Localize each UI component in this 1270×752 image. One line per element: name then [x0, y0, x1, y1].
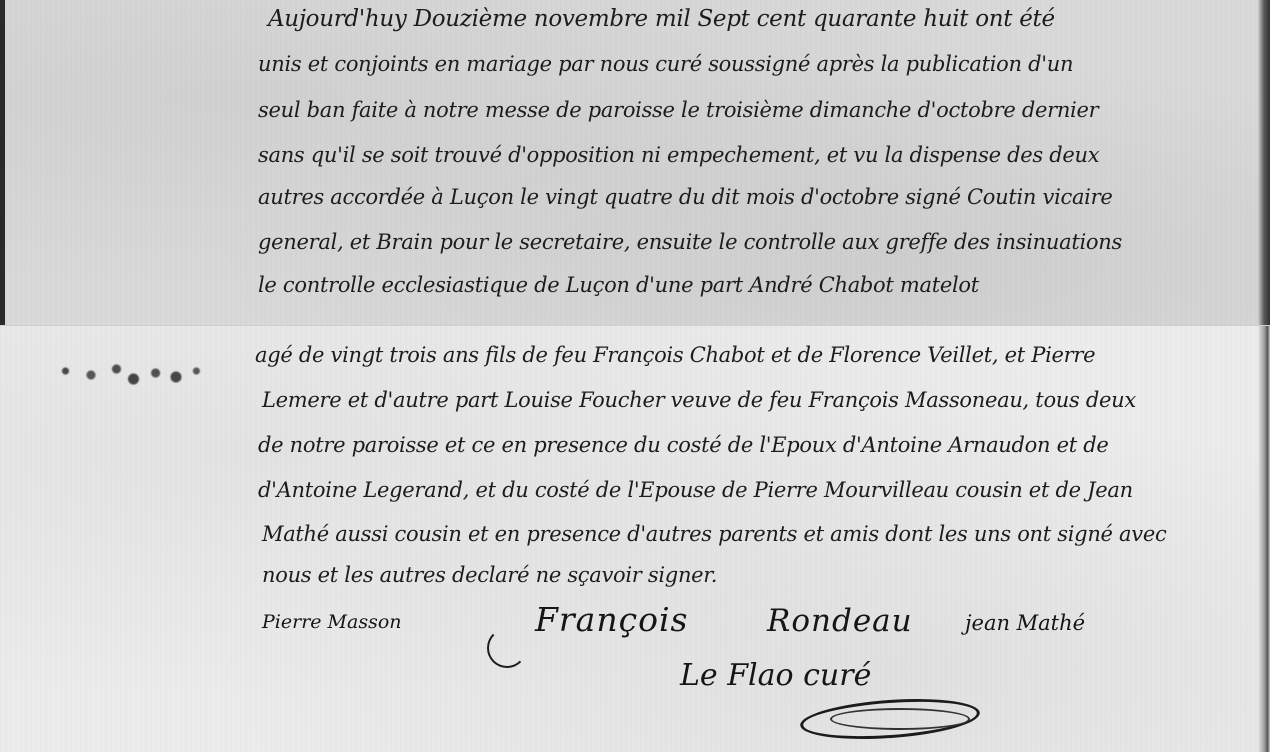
handwritten-line: unis et conjoints en mariage par nous cu… — [258, 52, 1073, 76]
page-edge-shadow — [1258, 0, 1270, 326]
handwritten-line: nous et les autres declaré ne sçavoir si… — [262, 563, 717, 587]
ink-blot-smudge — [40, 355, 210, 395]
handwritten-line: autres accordée à Luçon le vingt quatre … — [258, 185, 1112, 209]
signature-rondeau: Rondeau — [767, 603, 913, 639]
handwritten-line: seul ban faite à notre messe de paroisse… — [258, 98, 1098, 122]
signature-pierre-masson: Pierre Masson — [262, 611, 402, 633]
handwritten-line: Lemere et d'autre part Louise Foucher ve… — [262, 388, 1136, 412]
register-page-top-scan: Aujourd'huy Douzième novembre mil Sept c… — [0, 0, 1270, 326]
signature-flourish — [487, 628, 527, 668]
signature-francois: François — [535, 600, 688, 639]
handwritten-line: general, et Brain pour le secretaire, en… — [258, 230, 1122, 254]
signature-cure: Le Flao curé — [680, 658, 871, 693]
handwritten-line: le controlle ecclesiastique de Luçon d'u… — [258, 273, 979, 297]
handwritten-line: sans qu'il se soit trouvé d'opposition n… — [258, 143, 1099, 167]
page-edge-shadow — [1258, 326, 1270, 752]
page-edge-shadow — [0, 0, 5, 326]
handwritten-line: de notre paroisse et ce en presence du c… — [258, 433, 1109, 457]
handwritten-line: Aujourd'huy Douzième novembre mil Sept c… — [268, 6, 1055, 32]
handwritten-line: agé de vingt trois ans fils de feu Franç… — [255, 343, 1095, 367]
signature-paraph — [830, 708, 970, 730]
handwritten-line: Mathé aussi cousin et en presence d'autr… — [262, 522, 1166, 546]
signature-jean-mathe: jean Mathé — [965, 611, 1085, 635]
handwritten-line: d'Antoine Legerand, et du costé de l'Epo… — [258, 478, 1133, 502]
